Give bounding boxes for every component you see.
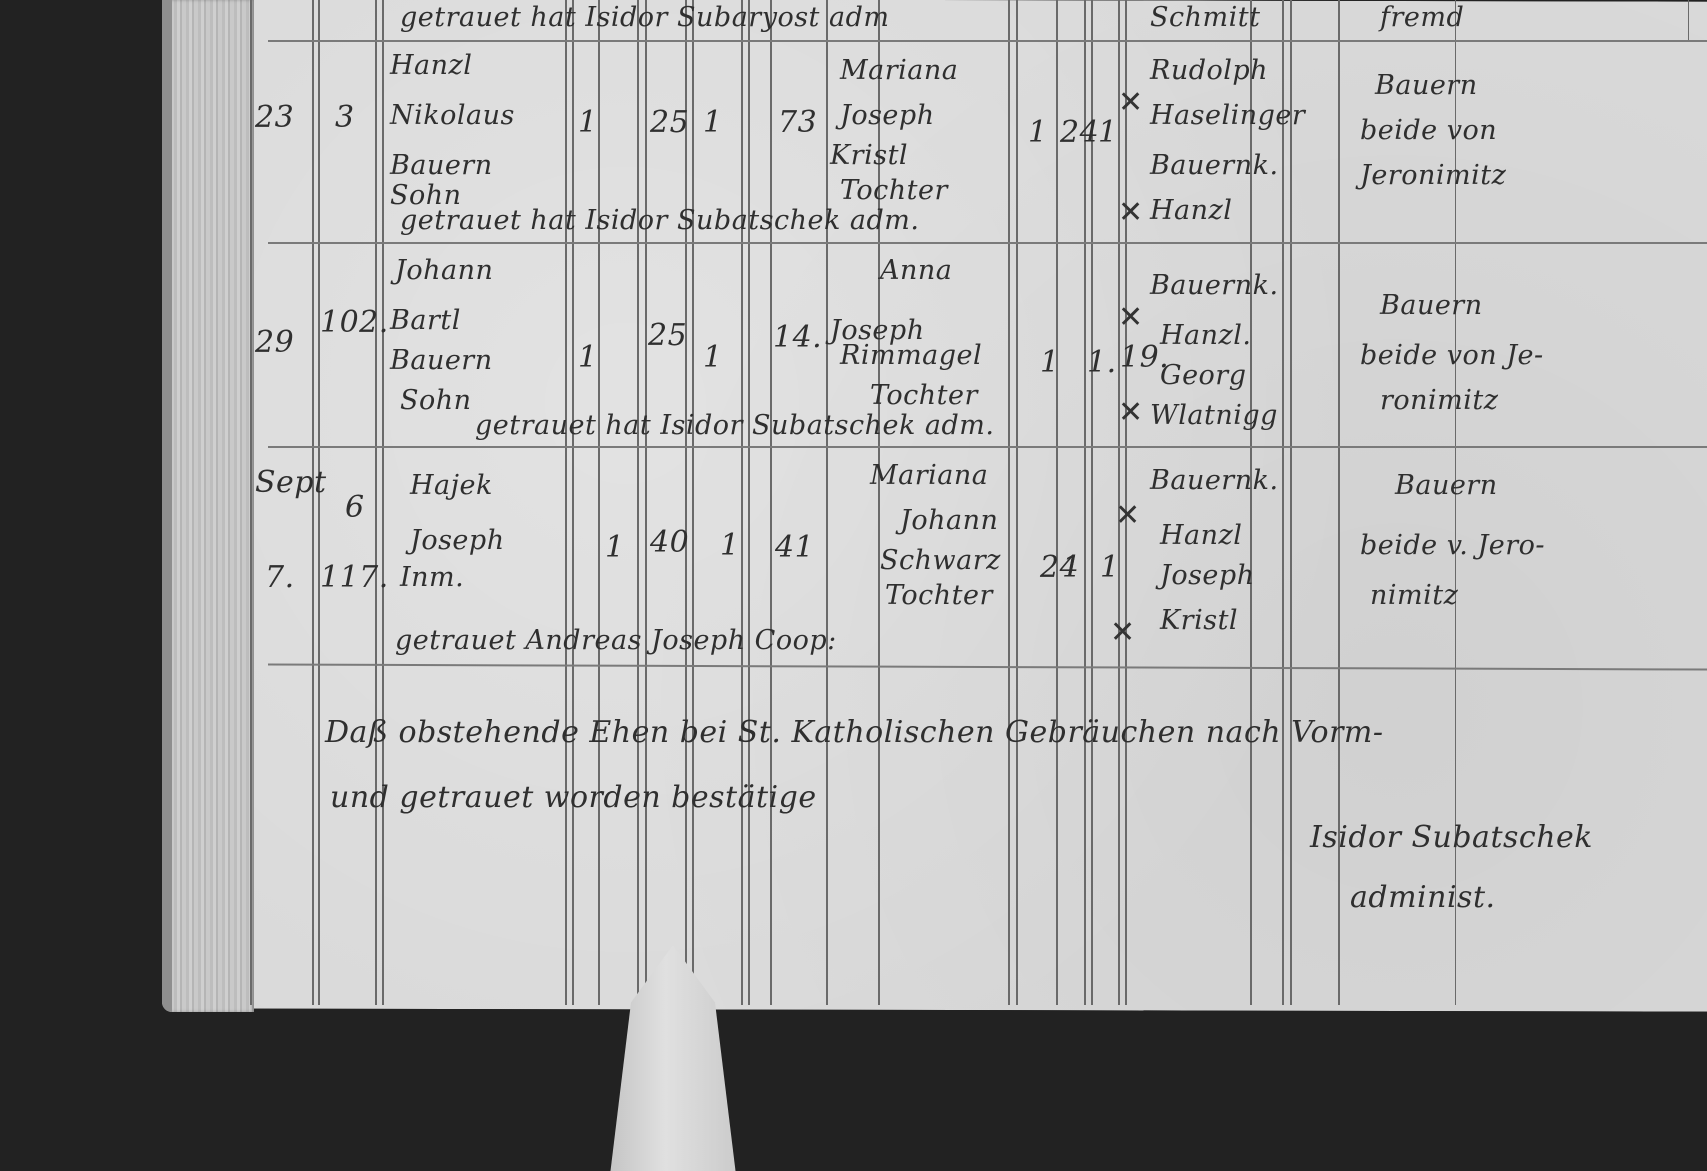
groom-name-line: Bartl xyxy=(390,305,461,336)
bride-name-line: Rimmagel xyxy=(840,340,982,371)
bride-age: 24 xyxy=(1060,115,1099,150)
bride-house-no: 73 xyxy=(778,105,817,140)
carryover-officiant: getrauet hat Isidor Subaryost adm xyxy=(400,2,889,33)
entry-officiant: getrauet hat Isidor Subatschek adm. xyxy=(400,205,920,236)
entry-day: 29 xyxy=(255,325,294,360)
bride-name-line: Tochter xyxy=(870,380,978,411)
witness-line: Wlatnigg xyxy=(1150,400,1278,431)
groom-age: 40 xyxy=(650,525,689,560)
bride-catholic: 1 xyxy=(1040,345,1060,380)
groom-single: 1 xyxy=(720,528,740,563)
witness-line: Bauernk. xyxy=(1150,270,1279,301)
witness-cross-icon: ✕ xyxy=(1118,395,1143,430)
closing-line-2: und getrauet worden bestätige xyxy=(330,780,817,815)
bride-name-line: Mariana xyxy=(840,55,958,86)
remarks-line: Bauern xyxy=(1375,70,1478,101)
groom-name-line: Sohn xyxy=(400,385,472,416)
groom-age: 25 xyxy=(648,318,687,353)
remarks-line: Bauern xyxy=(1395,470,1498,501)
carryover-remarks: fremd xyxy=(1380,2,1464,33)
bride-name-line: Tochter xyxy=(885,580,993,611)
bride-name-line: Schwarz xyxy=(880,545,1001,576)
witness-line: Hanzl. xyxy=(1160,320,1251,351)
witness-line: Joseph xyxy=(1160,560,1255,591)
book-page-edges xyxy=(162,0,254,1012)
bride-name-line: Tochter xyxy=(840,175,948,206)
groom-name-line: Hanzl xyxy=(390,50,472,81)
groom-name-line: Joseph xyxy=(410,525,505,556)
groom-single: 1 xyxy=(703,340,723,375)
groom-name-line: Bauern xyxy=(390,150,493,181)
bride-name-line: Anna xyxy=(880,255,952,286)
remarks-line: Jeronimitz xyxy=(1360,160,1506,191)
signature-name: Isidor Subatschek xyxy=(1310,820,1593,855)
entry-day: 6 xyxy=(345,490,365,525)
entry-officiant: getrauet hat Isidor Subatschek adm. xyxy=(475,410,995,441)
witness-cross-icon: ✕ xyxy=(1118,195,1143,230)
witness-cross-icon: ✕ xyxy=(1110,615,1135,650)
remarks-line: beide v. Jero- xyxy=(1360,530,1545,561)
witness-line: Bauernk. xyxy=(1150,150,1279,181)
witness-line: Georg xyxy=(1160,360,1247,391)
bride-single: 1 xyxy=(1100,550,1120,585)
bride-catholic: 1 xyxy=(1028,115,1048,150)
closing-line-1: Daß obstehende Ehen bei St. Katholischen… xyxy=(325,715,1384,750)
witness-line: Hanzl xyxy=(1150,195,1232,226)
entry-house-no: 3 xyxy=(335,100,355,135)
groom-name-line: Nikolaus xyxy=(390,100,515,131)
signature-title: administ. xyxy=(1350,880,1496,915)
remarks-line: ronimitz xyxy=(1380,385,1499,416)
groom-age: 25 xyxy=(650,105,689,140)
groom-name-line: Johann xyxy=(395,255,493,286)
bride-age: 24 xyxy=(1040,550,1079,585)
witness-line: Rudolph xyxy=(1150,55,1268,86)
remarks-line: beide von Je- xyxy=(1360,340,1544,371)
witness-line: Haselinger xyxy=(1150,100,1305,131)
groom-catholic: 1 xyxy=(578,340,598,375)
bride-name-line: Johann xyxy=(900,505,998,536)
remarks-line: nimitz xyxy=(1370,580,1458,611)
entry-day-2: 7. xyxy=(265,560,295,595)
witness-cross-icon: ✕ xyxy=(1115,498,1140,533)
entry-day: 23 xyxy=(255,100,294,135)
bride-name-line: Mariana xyxy=(870,460,988,491)
groom-single: 1 xyxy=(703,105,723,140)
witness-line: Kristl xyxy=(1160,605,1238,636)
bride-name-line: Joseph xyxy=(840,100,935,131)
witness-cross-icon: ✕ xyxy=(1118,85,1143,120)
groom-name-line: Bauern xyxy=(390,345,493,376)
remarks-line: Bauern xyxy=(1380,290,1483,321)
bride-house-no: 41 xyxy=(775,530,814,565)
entry-month: Sept xyxy=(255,465,327,500)
entry-officiant: getrauet Andreas Joseph Coop: xyxy=(395,625,837,656)
bride-name-line: Kristl xyxy=(830,140,908,171)
groom-name-line: Inm. xyxy=(400,562,464,593)
entry-house-no: 117. xyxy=(320,560,389,595)
witness-line: Hanzl xyxy=(1160,520,1242,551)
entry-house-no: 102. xyxy=(320,305,389,340)
bride-house-no: 14. xyxy=(773,320,822,355)
witness-cross-icon: ✕ xyxy=(1118,300,1143,335)
groom-catholic: 1 xyxy=(578,105,598,140)
bride-single: 1 xyxy=(1098,115,1118,150)
bride-single: 1. xyxy=(1087,345,1117,380)
remarks-line: beide von xyxy=(1360,115,1497,146)
carryover-witness: Schmitt xyxy=(1150,2,1260,33)
groom-name-line: Hajek xyxy=(410,470,493,501)
witness-line: Bauernk. xyxy=(1150,465,1279,496)
groom-catholic: 1 xyxy=(605,530,625,565)
